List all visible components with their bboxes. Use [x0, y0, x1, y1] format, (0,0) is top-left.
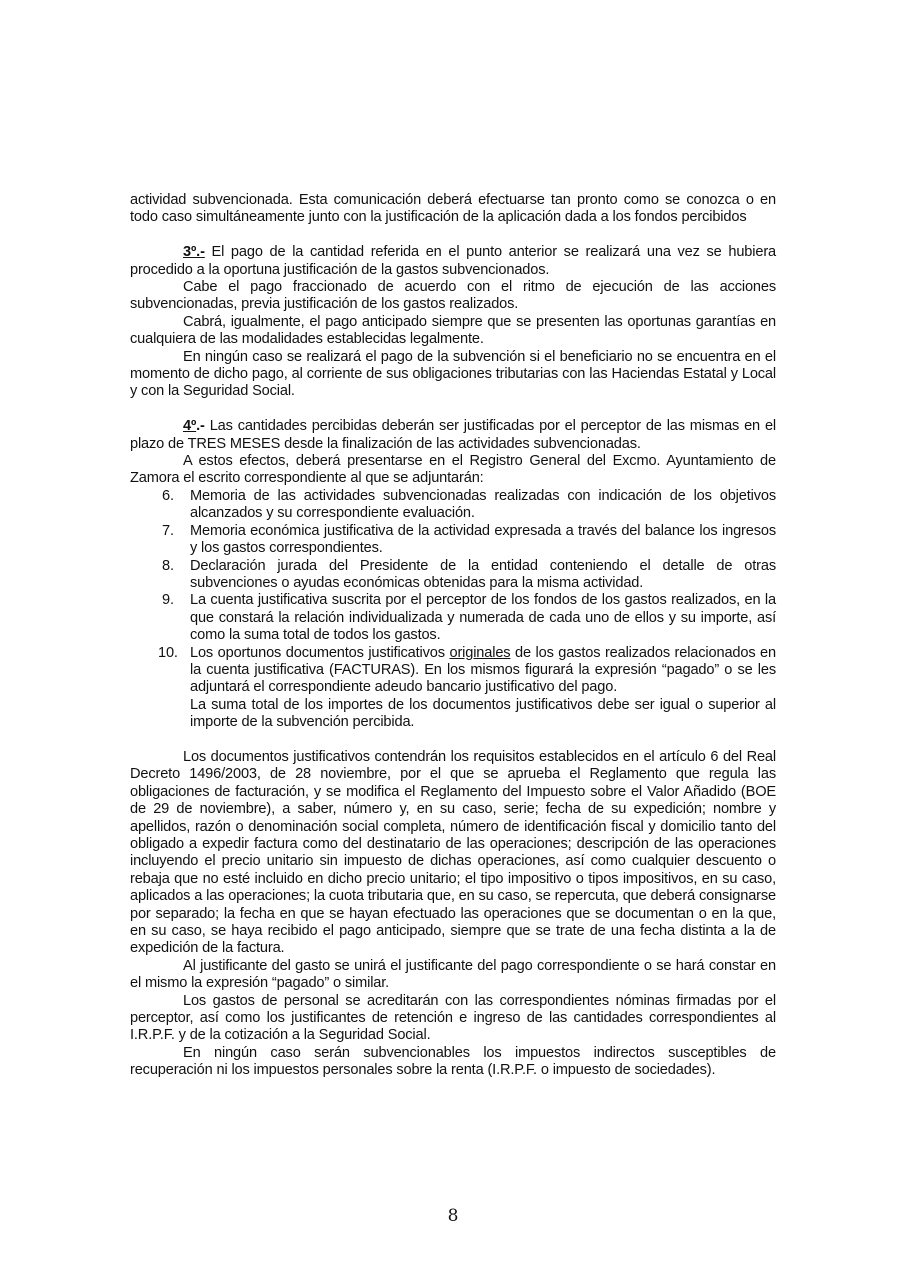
list-item-subparagraph: La suma total de los importes de los doc…	[190, 697, 776, 732]
spacer	[130, 732, 776, 749]
list-item: 10.Los oportunos documentos justificativ…	[130, 645, 776, 732]
list-item: 8.Declaración jurada del Presidente de l…	[130, 558, 776, 593]
list-item: 9.La cuenta justificativa suscrita por e…	[130, 592, 776, 644]
section-4-text: Las cantidades percibidas deberán ser ju…	[130, 418, 776, 451]
paragraph: Al justificante del gasto se unirá el ju…	[130, 958, 776, 993]
section-4-dash: .-	[196, 418, 205, 434]
spacer	[130, 227, 776, 244]
spacer	[130, 401, 776, 418]
list-item-text-before: Los oportunos documentos justificativos	[190, 645, 449, 661]
page-number: 8	[0, 1206, 906, 1226]
requirements-list: 6.Memoria de las actividades subvenciona…	[130, 488, 776, 732]
paragraph: A estos efectos, deberá presentarse en e…	[130, 453, 776, 488]
section-3-heading: 3º.	[183, 244, 200, 260]
section-3-paragraph: 3º.- El pago de la cantidad referida en …	[130, 244, 776, 279]
list-item-number: 9.	[162, 592, 190, 609]
paragraph: En ningún caso serán subvencionables los…	[130, 1045, 776, 1080]
list-item-text: Declaración jurada del Presidente de la …	[190, 558, 776, 591]
section-4-heading: 4º	[183, 418, 196, 434]
section-3-text: El pago de la cantidad referida en el pu…	[130, 244, 776, 277]
list-item-text: La cuenta justificativa suscrita por el …	[190, 592, 776, 643]
list-item-number: 10.	[158, 645, 186, 662]
list-item-text: Memoria de las actividades subvencionada…	[190, 488, 776, 521]
intro-paragraph: actividad subvencionada. Esta comunicaci…	[130, 192, 776, 227]
paragraph: Los documentos justificativos contendrán…	[130, 749, 776, 958]
list-item-number: 6.	[162, 488, 190, 505]
section-4-paragraph: 4º.- Las cantidades percibidas deberán s…	[130, 418, 776, 453]
list-item-number: 8.	[162, 558, 190, 575]
document-page: actividad subvencionada. Esta comunicaci…	[130, 192, 776, 1080]
underlined-originales: originales	[449, 645, 510, 661]
paragraph: En ningún caso se realizará el pago de l…	[130, 349, 776, 401]
paragraph: Cabe el pago fraccionado de acuerdo con …	[130, 279, 776, 314]
paragraph: Los gastos de personal se acreditarán co…	[130, 993, 776, 1045]
list-item-text: Memoria económica justificativa de la ac…	[190, 523, 776, 556]
list-item-number: 7.	[162, 523, 190, 540]
list-item: 6.Memoria de las actividades subvenciona…	[130, 488, 776, 523]
paragraph: Cabrá, igualmente, el pago anticipado si…	[130, 314, 776, 349]
list-item: 7.Memoria económica justificativa de la …	[130, 523, 776, 558]
